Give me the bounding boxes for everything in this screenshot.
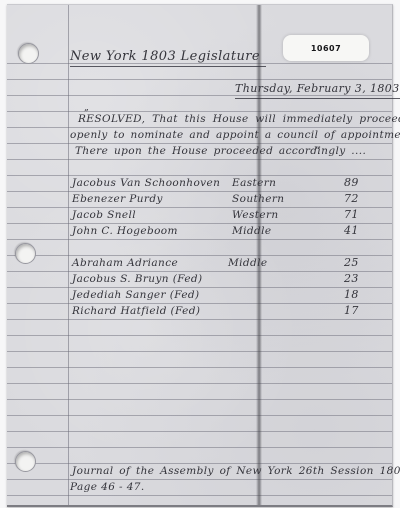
vote-count: 72 (344, 192, 359, 206)
citation-line-1: Journal of the Assembly of New York 26th… (72, 464, 400, 478)
date-line: Thursday, February 3, 1803 (235, 81, 400, 99)
vote-count: 23 (344, 272, 359, 286)
page-title: New York 1803 Legislature (70, 49, 266, 67)
candidate-name: John C. Hogeboom (72, 224, 178, 238)
candidate-name: Jedediah Sanger (Fed) (72, 288, 200, 302)
resolution-line-2: openly to nominate and appoint a council… (70, 128, 400, 142)
candidate-name: Ebenezer Purdy (72, 192, 163, 206)
vote-count: 41 (344, 224, 359, 238)
candidate-name: Jacob Snell (72, 208, 136, 222)
district-label: Middle (232, 224, 272, 238)
vote-row: Ebenezer Purdy Southern 72 (7, 192, 392, 206)
vote-row: Abraham Adriance Middle 25 (7, 256, 392, 270)
margin-line (68, 5, 69, 505)
vote-row: John C. Hogeboom Middle 41 (7, 224, 392, 238)
punch-hole-top (18, 43, 39, 64)
candidate-name: Abraham Adriance (72, 256, 178, 270)
district-label: Eastern (232, 176, 276, 190)
district-label: Western (232, 208, 279, 222)
quote-close-mark: ” (315, 145, 321, 159)
stamp-number: 10607 (311, 44, 341, 53)
vote-count: 25 (344, 256, 359, 270)
scanned-document: 10607 New York 1803 Legislature Thursday… (0, 0, 400, 508)
fold-crease (256, 5, 262, 505)
candidate-name: Richard Hatfield (Fed) (72, 304, 200, 318)
vote-count: 18 (344, 288, 359, 302)
district-label: Middle (228, 256, 268, 270)
district-label: Southern (232, 192, 284, 206)
resolution-line-3: There upon the House proceeded according… (75, 144, 366, 158)
vote-row: Jacobus Van Schoonhoven Eastern 89 (7, 176, 392, 190)
vote-row: Jedediah Sanger (Fed) 18 (7, 288, 392, 302)
punch-hole-bottom (15, 451, 36, 472)
vote-count: 89 (344, 176, 359, 190)
vote-count: 71 (344, 208, 359, 222)
vote-row: Jacobus S. Bruyn (Fed) 23 (7, 272, 392, 286)
resolution-line-1: RESOLVED, That this House will immediate… (78, 112, 400, 126)
citation-line-2: Page 46 - 47. (70, 480, 145, 494)
vote-row: Jacob Snell Western 71 (7, 208, 392, 222)
catalog-stamp: 10607 (283, 35, 369, 61)
candidate-name: Jacobus S. Bruyn (Fed) (72, 272, 203, 286)
candidate-name: Jacobus Van Schoonhoven (72, 176, 220, 190)
vote-count: 17 (344, 304, 359, 318)
notebook-page: 10607 New York 1803 Legislature Thursday… (7, 4, 393, 507)
vote-row: Richard Hatfield (Fed) 17 (7, 304, 392, 318)
